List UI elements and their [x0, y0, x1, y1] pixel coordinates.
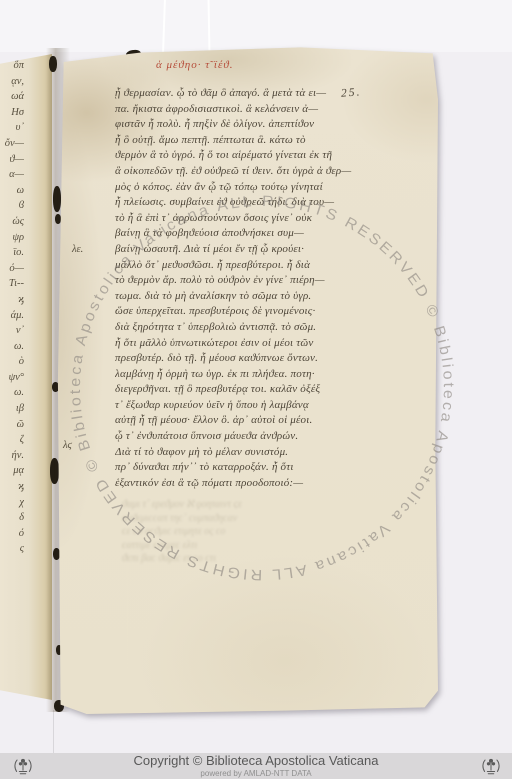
- bleed-through-line: ανϑεμιϲϲαπ τηϲ᾽ ϲυμπαϑηϲαν: [122, 512, 370, 526]
- facing-line-fragment: Ησ: [0, 105, 24, 121]
- bleed-through-line: ϲαττιμε ϲιτιμεϲ ελτι: [122, 539, 370, 553]
- manuscript-line: διὰ ξηρότητα τ᾽ ὑπερβολιὼ ἀντισπᾷ. τὸ σῶ…: [115, 320, 371, 336]
- manuscript-line: ᾧ τ᾽ ἐνϑυπάτοισ ὕπνοισ μάυεϑα ἀνϑρών.: [115, 429, 371, 445]
- manuscript-line: βαίνῃ ὡσαυτῆ. Διὰ τί μέοι ἔν τῇ ᾧ κρούει…: [115, 242, 371, 258]
- manuscript-line: ᾗ ϑερμασίαν. ᾧ τὸ ϑᾶμ ὃ ἀπαγό. ἃ μετὰ τὰ…: [115, 86, 371, 102]
- facing-line-fragment: ζ: [0, 432, 24, 448]
- manuscript-line: ἦ πλείωσις. συμβαίνει ἐϑ οὐϑρεῶ τήδι. δι…: [115, 195, 371, 211]
- bleed-through-line: ϑεπι βαϲ ϑαμιϲ ετ ϲο ϲτι: [122, 552, 370, 566]
- manuscript-line: αὐτῇ ἦ τῇ μέουσ· ἔλλον ὃ. ἀρ᾽ αὐτοὶ οἱ μ…: [115, 413, 371, 429]
- facing-line-fragment: μᾳ: [0, 463, 24, 479]
- facing-line-fragment: ιβ: [0, 401, 24, 417]
- margin-mark-ls: λϛ: [63, 440, 72, 451]
- margin-mark-le: λε.: [72, 244, 83, 255]
- footer-copyright-text: Copyright © Biblioteca Apostolica Vatica…: [134, 754, 379, 768]
- manuscript-line: πα. ἤκιστα ἀφροδισιαστικοὶ. ἃ κελάνσειν …: [115, 102, 371, 118]
- facing-line-fragment: α—: [0, 167, 24, 183]
- facing-line-fragment: ωά: [0, 89, 24, 105]
- manuscript-line: πρεσβυτέρ. διὸ τῇ. ἧ μέουσ καϑύπνωε ὄντω…: [115, 351, 371, 367]
- manuscript-line: ἦ ὃ οὐτῇ. ἅμω πεπτῇ. πέπτωται ἃ. κάτω τὸ: [115, 133, 371, 149]
- facing-line-fragment: ϗ: [0, 479, 24, 495]
- facing-line-fragment: ψρ: [0, 230, 24, 246]
- bleed-through-line: ϲε ϲο οϲϑμιϲ ετιμητε ος ϲο: [122, 525, 370, 539]
- manuscript-line: ὥσε ὑπερχεῖται. πρεσβυτέροις δὲ γινομένο…: [115, 304, 371, 320]
- footer-powered-by-text: powered by AMLAD-NTT DATA: [200, 769, 311, 778]
- facing-line-fragment: ό—: [0, 261, 24, 277]
- facing-line-fragment: ψν°: [0, 370, 24, 386]
- manuscript-line: βαίνῃ ἃ τὰ φοβηϑεύοισ ἀποϑνήσκει συμ—: [115, 226, 371, 242]
- digitized-manuscript-viewer: ὅπᾳν,ωάΗσυ᾽ὄν—ϑ—α—ωϐὡςψρϊο.ό—Τι--ϗάμ.ν᾽ω…: [0, 0, 512, 779]
- manuscript-text-block: ᾗ ϑερμασίαν. ᾧ τὸ ϑᾶμ ὃ ἀπαγό. ἃ μετὰ τὰ…: [115, 86, 371, 491]
- facing-line-fragment: ὡς: [0, 214, 24, 230]
- manuscript-line: Διὰ τί τὸ ϑαφον μὴ τὸ μέλαν συνιστόμ.: [115, 445, 371, 461]
- manuscript-line: διεγερϑῆναι. τῇ ὃ πρεσβυτέρᾳ τοι. καλᾶν …: [115, 382, 371, 398]
- facing-line-fragment: ϑ—: [0, 152, 24, 168]
- manuscript-line: μὸς ὁ κόπος. ἐὰν ἂν ᾧ τῷ τόπῳ τούτῳ γίνη…: [115, 180, 371, 196]
- background-top-strip: [0, 0, 512, 52]
- manuscript-page-wrap: ἁ μέϑηο· τ̃ ϊέϑ. 25. λε. λϛ ᾗ ϑερμασίαν.…: [56, 46, 438, 714]
- rubric-heading: ἁ μέϑηο· τ̃ ϊέϑ.: [156, 59, 276, 71]
- facing-line-fragment: Τι--: [0, 276, 24, 292]
- facing-page-text-fragments: ὅπᾳν,ωάΗσυ᾽ὄν—ϑ—α—ωϐὡςψρϊο.ό—Τι--ϗάμ.ν᾽ω…: [0, 58, 24, 557]
- facing-line-fragment: ό: [0, 526, 24, 542]
- bleed-through-text: ϑαμι τ᾽ ερεϑμον ℵ ϙοηταιντ ϛεανϑεμιϲϲαπ …: [122, 498, 370, 566]
- facing-line-fragment: ᾳν,: [0, 74, 24, 90]
- facing-line-fragment: ω.: [0, 385, 24, 401]
- paper-crease-line: [53, 710, 54, 754]
- manuscript-line: ἃ οἰκοπεδῶν τῇ. ἐϑ οὐϑρεῶ τί ϑειν. ὅτι ὑ…: [115, 164, 371, 180]
- facing-line-fragment: ω: [0, 183, 24, 199]
- manuscript-page: ἁ μέϑηο· τ̃ ϊέϑ. 25. λε. λϛ ᾗ ϑερμασίαν.…: [56, 46, 438, 714]
- facing-line-fragment: ν᾽: [0, 323, 24, 339]
- manuscript-line: τὸ ϑερμὸν ἄρ. πολὺ τὸ οὐϑρὸν ἐν γίνε᾽ πι…: [115, 273, 371, 289]
- facing-line-fragment: υ᾽: [0, 120, 24, 136]
- manuscript-line: τὸ ἦ ἃ ἐπὶ τ᾽ ἀρρωστούντων ὅσοις γίνε᾽ ο…: [115, 211, 371, 227]
- manuscript-line: μᾶλλὸ ὅτ᾽ μεϑυσϑῶσι. ἦ πρεσβύτεροι. ἦ δι…: [115, 258, 371, 274]
- facing-line-fragment: δ: [0, 510, 24, 526]
- manuscript-line: τωμα. διὰ τὸ μὴ ἀναλίσκην τὸ σῶμα τὸ ὑγρ…: [115, 289, 371, 305]
- manuscript-line: φιστᾶν ἦ πολὺ. ἦ πηξὶν δὲ ὀλίγον. ἀπεπτί…: [115, 117, 371, 133]
- facing-line-fragment: ς: [0, 541, 24, 557]
- facing-line-fragment: ὸ: [0, 354, 24, 370]
- manuscript-line: ἑξαντικόν ἐσι ἃ τῷ πόματι προοδοποιό:—: [115, 476, 371, 492]
- facing-line-fragment: ῶ: [0, 417, 24, 433]
- facing-line-fragment: ω.: [0, 339, 24, 355]
- bav-emblem-icon: [11, 755, 35, 777]
- manuscript-line: πρ᾽ δύναϑαι πήν᾽᾽ τὸ καταρροξάν. ἦ ὅτι: [115, 460, 371, 476]
- footer-bar: Copyright © Biblioteca Apostolica Vatica…: [0, 753, 512, 779]
- manuscript-line: ἦ ὅτι μᾶλλὸ ὑπνωτικώτεροι ἐσιν οἱ μέοι τ…: [115, 336, 371, 352]
- manuscript-line: τ᾽ ἔξωϑαρ κυριεύον ὑεῖν ἡ ὕπου ἡ λαμβάνᾳ: [115, 398, 371, 414]
- facing-line-fragment: χ: [0, 495, 24, 511]
- manuscript-line: λαμβάνῃ ἦ ὁρμὴ τω ὑγρ. ἐκ πι πλήϑεα. ποτ…: [115, 367, 371, 383]
- bav-emblem-icon: [479, 755, 503, 777]
- facing-line-fragment: ὄν—: [0, 136, 24, 152]
- facing-line-fragment: ϊο.: [0, 245, 24, 261]
- facing-line-fragment: ὅπ: [0, 58, 24, 74]
- manuscript-line: ϑερμὸν ἃ τὸ ὑγρό. ἦ ὅ τοι αἱρέματό γίνετ…: [115, 148, 371, 164]
- facing-line-fragment: άμ.: [0, 308, 24, 324]
- facing-line-fragment: ϐ: [0, 198, 24, 214]
- facing-line-fragment: ήν.: [0, 448, 24, 464]
- facing-page-edge: ὅπᾳν,ωάΗσυ᾽ὄν—ϑ—α—ωϐὡςψρϊο.ό—Τι--ϗάμ.ν᾽ω…: [0, 54, 52, 700]
- facing-line-fragment: ϗ: [0, 292, 24, 308]
- bleed-through-line: ϑαμι τ᾽ ερεϑμον ℵ ϙοηταιντ ϛε: [122, 498, 370, 512]
